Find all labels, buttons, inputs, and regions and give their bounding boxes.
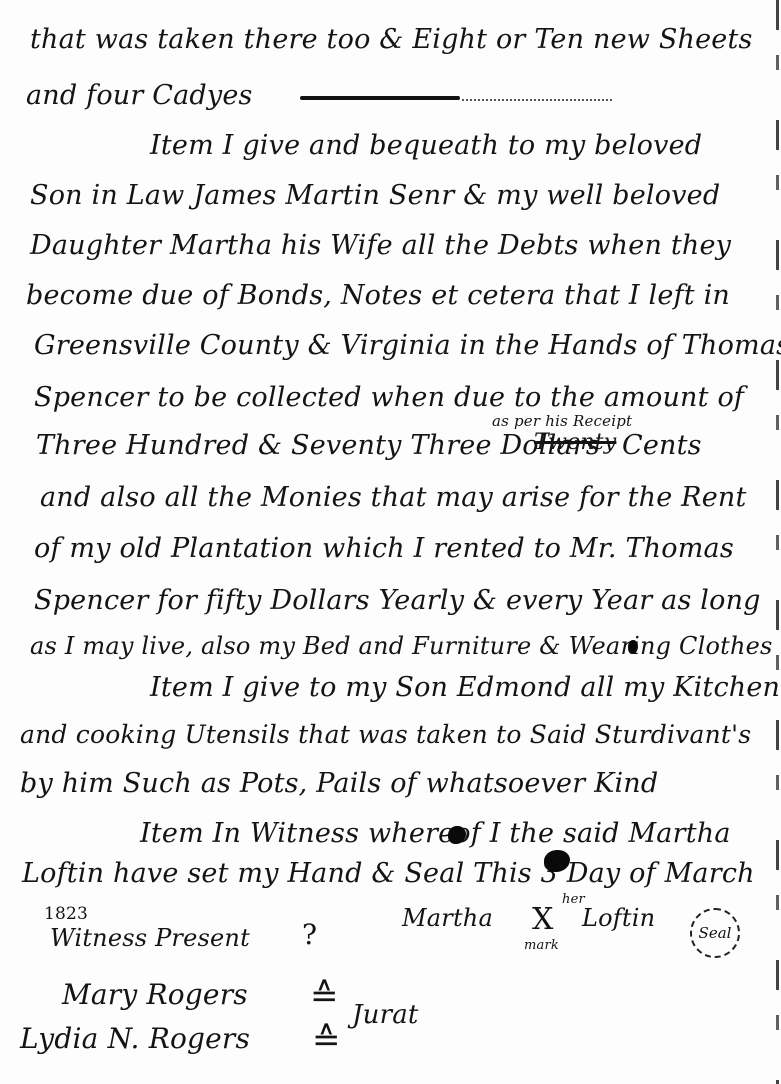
struck-out-word: Twenty bbox=[534, 430, 616, 455]
line-filler-dots bbox=[462, 99, 612, 101]
text-line-7: Greensville County & Virginia in the Han… bbox=[34, 330, 781, 361]
text-line-6: become due of Bonds, Notes et cetera tha… bbox=[26, 280, 730, 311]
text-line-11: of my old Plantation which I rented to M… bbox=[34, 533, 734, 564]
manuscript-page: that was taken there too & Eight or Ten … bbox=[0, 0, 781, 1084]
seal-mark: Seal bbox=[690, 908, 740, 958]
brace-witness-label: ? bbox=[302, 918, 317, 951]
text-line-2: and four Cadyes bbox=[26, 80, 253, 111]
page-edge-shadow bbox=[776, 0, 779, 1084]
text-line-3: Item I give and bequeath to my beloved bbox=[150, 130, 702, 161]
text-line-18: Loftin have set my Hand & Seal This 3 Da… bbox=[22, 858, 755, 889]
text-line-12: Spencer for fifty Dollars Yearly & every… bbox=[34, 585, 761, 616]
text-line-9: Three Hundred & Seventy Three Dollars bbox=[36, 430, 600, 461]
text-line-10: and also all the Monies that may arise f… bbox=[40, 482, 747, 513]
text-line-13: as I may live, also my Bed and Furniture… bbox=[30, 632, 773, 660]
text-line-15: and cooking Utensils that was taken to S… bbox=[20, 720, 751, 749]
text-line-14: Item I give to my Son Edmond all my Kitc… bbox=[150, 672, 780, 703]
seal-label: Seal bbox=[699, 924, 732, 942]
witness-2-signature: Lydia N. Rogers bbox=[20, 1022, 250, 1055]
brace-witness-1: ≙ bbox=[310, 976, 339, 1016]
text-line-9-cents: Cents bbox=[622, 430, 702, 461]
line-filler-rule bbox=[300, 96, 460, 100]
text-line-8: Spencer to be collected when due to the … bbox=[34, 382, 744, 413]
witness-1-signature: Mary Rogers bbox=[62, 978, 248, 1011]
testator-mark: X bbox=[532, 902, 554, 937]
jurat-note: Jurat bbox=[352, 1000, 419, 1030]
year-1823: 1823 bbox=[44, 904, 88, 924]
text-line-5: Daughter Martha his Wife all the Debts w… bbox=[30, 230, 731, 261]
testator-first-name: Martha bbox=[402, 904, 493, 932]
text-line-17: Item In Witness whereof I the said Marth… bbox=[140, 818, 731, 849]
interlineation-receipt: as per his Receipt bbox=[492, 412, 632, 430]
mark-annotation: mark bbox=[524, 938, 559, 953]
brace-witness-2: ≙ bbox=[312, 1020, 341, 1060]
text-line-16: by him Such as Pots, Pails of whatsoever… bbox=[20, 768, 658, 799]
witness-present-label: Witness Present bbox=[50, 924, 250, 952]
text-line-4: Son in Law James Martin Senr & my well b… bbox=[30, 180, 720, 211]
text-line-1: that was taken there too & Eight or Ten … bbox=[30, 24, 753, 55]
testator-last-name: Loftin bbox=[582, 904, 655, 932]
